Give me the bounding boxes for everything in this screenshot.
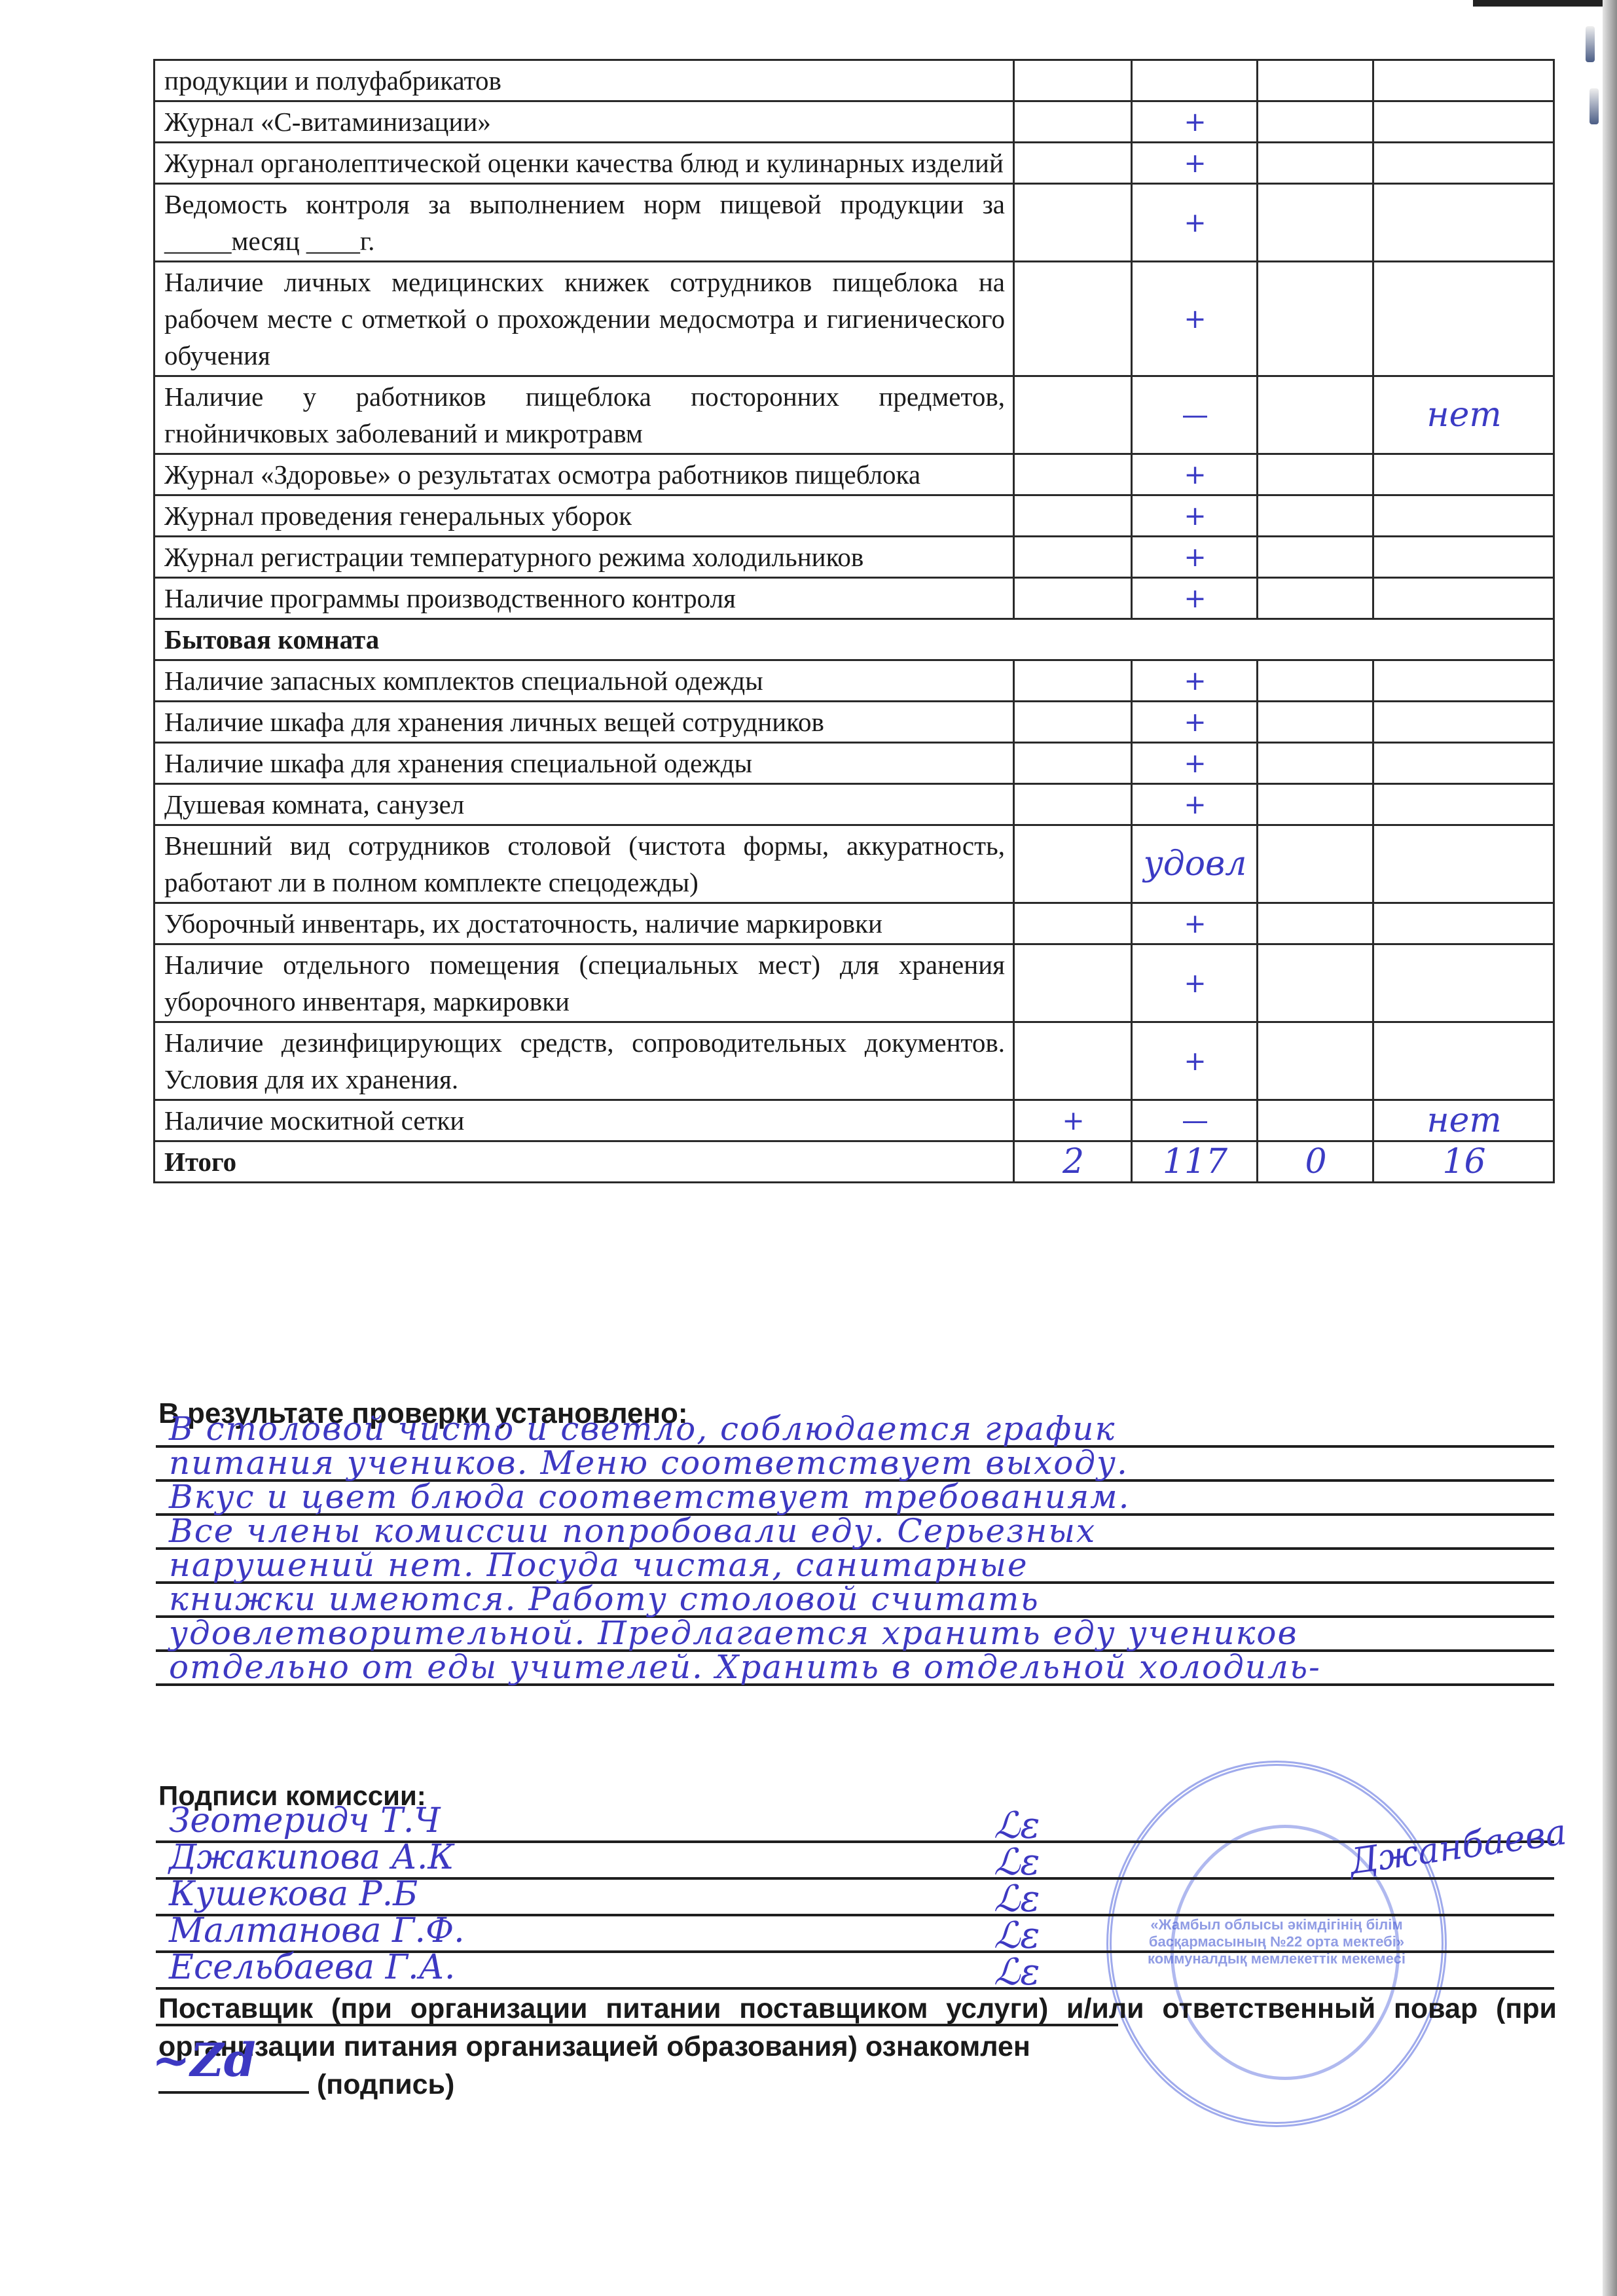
mark-cell[interactable] xyxy=(1014,903,1132,944)
mark-cell[interactable] xyxy=(1373,660,1554,702)
checklist-row: Ведомость контроля за выполнением норм п… xyxy=(154,184,1554,262)
mark-cell[interactable]: + xyxy=(1132,454,1258,495)
scan-page-edge xyxy=(1603,0,1617,2296)
mark-cell[interactable] xyxy=(1373,743,1554,784)
member-name: Малтанова Г.Ф. xyxy=(169,1911,465,1950)
checklist-row: Наличие шкафа для хранения личных вещей … xyxy=(154,702,1554,743)
mark-cell[interactable] xyxy=(1373,944,1554,1022)
mark-cell[interactable] xyxy=(1014,1022,1132,1100)
criterion-text: Наличие у работников пищеблока посторонн… xyxy=(154,376,1014,454)
staple-icon xyxy=(1590,88,1599,124)
mark-cell[interactable] xyxy=(1373,702,1554,743)
mark-cell[interactable] xyxy=(1014,702,1132,743)
mark-cell[interactable]: + xyxy=(1132,495,1258,537)
mark-cell[interactable]: удовл xyxy=(1132,825,1258,903)
cook-signature: ~Zd xyxy=(152,2041,256,2079)
result-line[interactable]: книжки имеются. Работу столовой считать xyxy=(156,1584,1554,1618)
checklist-row: Журнал органолептической оценки качества… xyxy=(154,143,1554,184)
mark-cell[interactable] xyxy=(1258,903,1373,944)
checklist-row: Наличие дезинфицирующих средств, сопрово… xyxy=(154,1022,1554,1100)
mark-cell[interactable] xyxy=(1258,743,1373,784)
mark-cell[interactable] xyxy=(1258,376,1373,454)
member-signature: ℒε xyxy=(994,1951,1040,1994)
criterion-text: Журнал органолептической оценки качества… xyxy=(154,143,1014,184)
mark-cell[interactable] xyxy=(1258,1100,1373,1141)
result-line[interactable]: нарушений нет. Посуда чистая, санитарные xyxy=(156,1550,1554,1584)
mark-cell[interactable] xyxy=(1132,60,1258,101)
mark-cell[interactable] xyxy=(1373,495,1554,537)
mark-cell[interactable]: + xyxy=(1132,101,1258,143)
criterion-text: Наличие шкафа для хранения специальной о… xyxy=(154,743,1014,784)
checklist-row: Душевая комната, санузел+ xyxy=(154,784,1554,825)
checklist-row: Уборочный инвентарь, их достаточность, н… xyxy=(154,903,1554,944)
mark-cell[interactable] xyxy=(1258,262,1373,376)
mark-cell[interactable] xyxy=(1373,537,1554,578)
mark-cell[interactable] xyxy=(1258,184,1373,262)
signature-line[interactable]: Есельбаева Г.А.ℒε xyxy=(156,1953,1554,1990)
mark-cell[interactable] xyxy=(1258,60,1373,101)
criterion-text: Наличие программы производственного конт… xyxy=(154,578,1014,619)
mark-cell[interactable]: + xyxy=(1132,903,1258,944)
mark-cell[interactable] xyxy=(1258,537,1373,578)
mark-cell[interactable]: + xyxy=(1132,262,1258,376)
mark-cell[interactable] xyxy=(1014,376,1132,454)
criterion-text: Внешний вид сотрудников столовой (чистот… xyxy=(154,825,1014,903)
criterion-text: Журнал «С-витаминизации» xyxy=(154,101,1014,143)
mark-cell[interactable] xyxy=(1373,262,1554,376)
mark-cell[interactable] xyxy=(1258,454,1373,495)
result-line[interactable]: Все члены комиссии попробовали еду. Серь… xyxy=(156,1516,1554,1550)
result-line[interactable]: питания учеников. Меню соответствует вых… xyxy=(156,1448,1554,1482)
section-title: Бытовая комната xyxy=(154,619,1554,660)
mark-cell[interactable]: + xyxy=(1014,1100,1132,1141)
mark-cell[interactable] xyxy=(1014,143,1132,184)
cook-signature-field[interactable]: ~Zd xyxy=(158,2068,309,2094)
mark-cell[interactable] xyxy=(1014,454,1132,495)
mark-cell[interactable]: + xyxy=(1132,184,1258,262)
mark-cell[interactable] xyxy=(1258,143,1373,184)
checklist-row: Наличие москитной сетки+—нет xyxy=(154,1100,1554,1141)
mark-cell[interactable] xyxy=(1014,825,1132,903)
criterion-text: Журнал регистрации температурного режима… xyxy=(154,537,1014,578)
mark-cell[interactable] xyxy=(1014,944,1132,1022)
mark-cell[interactable] xyxy=(1373,60,1554,101)
mark-cell[interactable]: + xyxy=(1132,578,1258,619)
checklist-row: Наличие личных медицинских книжек сотруд… xyxy=(154,262,1554,376)
criterion-text: Журнал проведения генеральных уборок xyxy=(154,495,1014,537)
handwritten-text: отдельно от еды учителей. Хранить в отде… xyxy=(169,1648,1321,1686)
member-name: Есельбаева Г.А. xyxy=(169,1948,455,1987)
mark-cell[interactable]: + xyxy=(1132,1022,1258,1100)
mark-cell[interactable] xyxy=(1258,101,1373,143)
member-name: Кушекова Р.Б xyxy=(169,1874,418,1914)
handwritten-text: удовлетворительной. Предлагается хранить… xyxy=(169,1614,1298,1652)
supplier-acknowledgement: Поставщик (при организации питании поста… xyxy=(158,1990,1557,2104)
supplier-text: Поставщик (при организации питании поста… xyxy=(158,1993,1557,2062)
checklist-row: Наличие запасных комплектов специальной … xyxy=(154,660,1554,702)
mark-cell[interactable] xyxy=(1014,743,1132,784)
mark-cell[interactable] xyxy=(1373,143,1554,184)
mark-cell[interactable]: — xyxy=(1132,376,1258,454)
mark-cell[interactable] xyxy=(1258,944,1373,1022)
handwritten-text: В столовой чисто и светло, соблюдается г… xyxy=(169,1410,1116,1448)
checklist-row: Журнал проведения генеральных уборок+ xyxy=(154,495,1554,537)
mark-cell[interactable]: — xyxy=(1132,1100,1258,1141)
checklist-row: Внешний вид сотрудников столовой (чистот… xyxy=(154,825,1554,903)
criterion-text: Наличие запасных комплектов специальной … xyxy=(154,660,1014,702)
mark-cell[interactable]: + xyxy=(1132,944,1258,1022)
member-name: Зеотеридч Т.Ч xyxy=(169,1801,441,1840)
mark-cell[interactable]: + xyxy=(1132,143,1258,184)
mark-cell[interactable] xyxy=(1014,262,1132,376)
checklist-row: Наличие шкафа для хранения специальной о… xyxy=(154,743,1554,784)
mark-cell[interactable] xyxy=(1258,1022,1373,1100)
staple-icon xyxy=(1586,26,1595,62)
mark-cell[interactable] xyxy=(1373,825,1554,903)
signature-label: (подпись) xyxy=(317,2069,454,2100)
mark-cell[interactable] xyxy=(1373,784,1554,825)
mark-cell[interactable] xyxy=(1014,660,1132,702)
criterion-text: Наличие дезинфицирующих средств, сопрово… xyxy=(154,1022,1014,1100)
handwritten-text: Все члены комиссии попробовали еду. Серь… xyxy=(169,1512,1096,1550)
scan-top-edge xyxy=(1473,0,1617,7)
mark-cell[interactable]: + xyxy=(1132,743,1258,784)
criterion-text: Журнал «Здоровье» о результатах осмотра … xyxy=(154,454,1014,495)
mark-cell[interactable]: нет xyxy=(1373,1100,1554,1141)
criterion-text: Душевая комната, санузел xyxy=(154,784,1014,825)
mark-cell[interactable] xyxy=(1014,184,1132,262)
mark-cell[interactable] xyxy=(1014,784,1132,825)
checklist-row: Наличие отдельного помещения (специальны… xyxy=(154,944,1554,1022)
total-row: Итого 2 117 0 16 xyxy=(154,1141,1554,1183)
total-label: Итого xyxy=(154,1141,1014,1183)
criterion-text: Уборочный инвентарь, их достаточность, н… xyxy=(154,903,1014,944)
mark-cell[interactable] xyxy=(1258,825,1373,903)
mark-cell[interactable] xyxy=(1373,184,1554,262)
mark-cell[interactable]: + xyxy=(1132,702,1258,743)
mark-cell[interactable] xyxy=(1373,454,1554,495)
mark-cell[interactable] xyxy=(1373,578,1554,619)
total-value: 0 xyxy=(1258,1141,1373,1183)
total-value: 117 xyxy=(1132,1141,1258,1183)
mark-cell[interactable] xyxy=(1014,578,1132,619)
mark-cell[interactable] xyxy=(1014,495,1132,537)
result-line[interactable]: Вкус и цвет блюда соответствует требован… xyxy=(156,1482,1554,1516)
mark-cell[interactable] xyxy=(1014,101,1132,143)
handwritten-text: питания учеников. Меню соответствует вых… xyxy=(169,1444,1129,1482)
mark-cell[interactable] xyxy=(1258,702,1373,743)
result-line[interactable]: отдельно от еды учителей. Хранить в отде… xyxy=(156,1652,1554,1686)
mark-cell[interactable] xyxy=(1373,101,1554,143)
checklist-row: Журнал «Здоровье» о результатах осмотра … xyxy=(154,454,1554,495)
mark-cell[interactable]: + xyxy=(1132,537,1258,578)
criterion-text: Наличие шкафа для хранения личных вещей … xyxy=(154,702,1014,743)
total-value: 2 xyxy=(1014,1141,1132,1183)
member-name: Джакипова А.К xyxy=(169,1838,454,1877)
checklist-row: Наличие у работников пищеблока посторонн… xyxy=(154,376,1554,454)
mark-cell[interactable]: + xyxy=(1132,660,1258,702)
checklist-row: Журнал «С-витаминизации»+ xyxy=(154,101,1554,143)
result-line[interactable]: В столовой чисто и светло, соблюдается г… xyxy=(156,1414,1554,1448)
handwritten-text: книжки имеются. Работу столовой считать xyxy=(169,1580,1040,1618)
mark-cell[interactable] xyxy=(1258,495,1373,537)
checklist-row: Наличие программы производственного конт… xyxy=(154,578,1554,619)
criterion-text: Наличие отдельного помещения (специальны… xyxy=(154,944,1014,1022)
mark-cell[interactable] xyxy=(1014,60,1132,101)
handwritten-text: нарушений нет. Посуда чистая, санитарные xyxy=(169,1546,1028,1584)
mark-cell[interactable] xyxy=(1373,1022,1554,1100)
mark-cell[interactable] xyxy=(1014,537,1132,578)
criterion-text: продукции и полуфабрикатов xyxy=(154,60,1014,101)
result-line[interactable]: удовлетворительной. Предлагается хранить… xyxy=(156,1618,1554,1652)
inspection-checklist-table: продукции и полуфабрикатовЖурнал «С-вита… xyxy=(153,59,1555,1183)
mark-cell[interactable]: + xyxy=(1132,784,1258,825)
criterion-text: Ведомость контроля за выполнением норм п… xyxy=(154,184,1014,262)
criterion-text: Наличие личных медицинских книжек сотруд… xyxy=(154,262,1014,376)
mark-cell[interactable] xyxy=(1258,660,1373,702)
mark-cell[interactable] xyxy=(1258,784,1373,825)
checklist-row: продукции и полуфабрикатов xyxy=(154,60,1554,101)
criterion-text: Наличие москитной сетки xyxy=(154,1100,1014,1141)
mark-cell[interactable]: нет xyxy=(1373,376,1554,454)
total-value: 16 xyxy=(1373,1141,1554,1183)
mark-cell[interactable] xyxy=(1258,578,1373,619)
section-row: Бытовая комната xyxy=(154,619,1554,660)
mark-cell[interactable] xyxy=(1373,903,1554,944)
checklist-row: Журнал регистрации температурного режима… xyxy=(154,537,1554,578)
handwritten-text: Вкус и цвет блюда соответствует требован… xyxy=(169,1478,1131,1516)
result-text-lines: В столовой чисто и светло, соблюдается г… xyxy=(156,1414,1554,1686)
